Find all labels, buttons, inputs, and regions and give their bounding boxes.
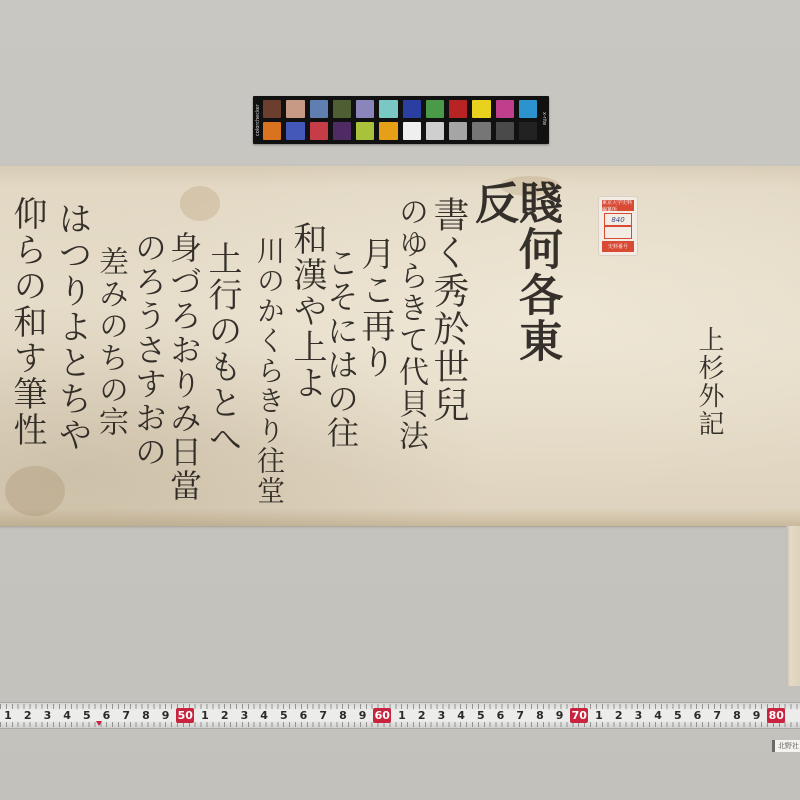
label-header: 東京大学史料編纂所	[602, 200, 634, 211]
ruler-label: 5	[671, 709, 685, 722]
ruler-label: 5	[277, 709, 291, 722]
x-rite-logo: x-rite	[539, 104, 547, 134]
document-column: 差みのちの宗	[95, 246, 125, 526]
color-swatch	[286, 122, 304, 140]
ruler-label: 3	[237, 709, 251, 722]
color-swatch	[333, 122, 351, 140]
color-swatch	[403, 100, 421, 118]
ruler-label: 4	[60, 709, 74, 722]
document-column: こそにはの往	[325, 246, 357, 516]
color-swatch	[333, 100, 351, 118]
ruler-label: 9	[356, 709, 370, 722]
ruler-label: 4	[651, 709, 665, 722]
ruler-label: 50	[176, 708, 194, 723]
color-swatch	[356, 122, 374, 140]
document-column: 賤何各東反	[470, 180, 558, 370]
color-checker-card: colorchecker x-rite	[253, 96, 549, 144]
ruler-label: 2	[21, 709, 35, 722]
color-swatch	[263, 100, 281, 118]
color-swatch	[263, 122, 281, 140]
color-swatch	[472, 122, 490, 140]
ruler-label: 5	[80, 709, 94, 722]
color-swatch	[286, 100, 304, 118]
signature: 上杉外記	[696, 326, 722, 466]
document-column: 仰らの和す筆性	[10, 196, 44, 516]
ruler-label: 3	[434, 709, 448, 722]
ruler-label: 6	[691, 709, 705, 722]
document-column: 和漢や上よ	[290, 221, 324, 511]
color-swatch	[379, 122, 397, 140]
color-swatch	[426, 122, 444, 140]
document-column: 月こ再り	[358, 236, 392, 516]
ruler-label: 3	[40, 709, 54, 722]
catalog-label: 東京大学史料編纂所 840 史料番号	[598, 196, 638, 256]
document-column: はつりよとちや	[55, 201, 89, 501]
ruler-label: 1	[592, 709, 606, 722]
color-swatch	[403, 122, 421, 140]
ruler-label: 7	[513, 709, 527, 722]
ruler-label: 1	[395, 709, 409, 722]
document-column: 書く秀於世兒	[430, 196, 466, 516]
paper-fragment-strip	[786, 526, 800, 686]
ruler-label: 7	[710, 709, 724, 722]
ruler-label: 2	[415, 709, 429, 722]
ruler-label: 4	[454, 709, 468, 722]
ruler-label: 2	[612, 709, 626, 722]
ruler-label: 9	[553, 709, 567, 722]
document-column: 身づろおりみ日當	[168, 231, 200, 521]
label-number: 840	[604, 213, 632, 226]
color-swatch	[472, 100, 490, 118]
color-swatch	[310, 122, 328, 140]
ruler-label: 70	[570, 708, 588, 723]
color-swatch	[449, 100, 467, 118]
color-swatch	[379, 100, 397, 118]
color-checker-brand: colorchecker	[255, 100, 263, 140]
ruler-label: 8	[730, 709, 744, 722]
ruler-label: 1	[1, 709, 15, 722]
ruler-label: 8	[139, 709, 153, 722]
ruler-label: 5	[474, 709, 488, 722]
color-swatch-grid	[263, 100, 537, 140]
measuring-ruler: 1234567895012345678960123456789701234567…	[0, 702, 800, 729]
document-column: のろうさすおの	[133, 231, 165, 521]
document-column: のゆらきて代貝法	[395, 196, 425, 516]
ruler-label: 6	[297, 709, 311, 722]
ruler-label: 6	[100, 709, 114, 722]
ruler-label: 7	[316, 709, 330, 722]
color-swatch	[310, 100, 328, 118]
ruler-label: 6	[494, 709, 508, 722]
color-swatch	[519, 100, 537, 118]
ruler-label: 7	[119, 709, 133, 722]
document-column: 土行のもとへ	[205, 241, 239, 521]
color-swatch	[449, 122, 467, 140]
color-swatch	[496, 100, 514, 118]
ruler-label: 3	[631, 709, 645, 722]
ruler-label: 9	[750, 709, 764, 722]
paper-stain	[180, 186, 220, 221]
color-swatch	[356, 100, 374, 118]
ruler-label: 1	[198, 709, 212, 722]
ruler-label: 8	[533, 709, 547, 722]
document-column: 川のかくらきり往堂	[255, 236, 283, 516]
ruler-ticks-bottom	[0, 722, 800, 727]
calligraphy-document: 賤何各東反 書く秀於世兒 のゆらきて代貝法 月こ再り こそにはの往 和漢や上よ …	[0, 166, 800, 526]
ruler-label: 60	[373, 708, 391, 723]
label-blank-field	[604, 226, 632, 239]
ruler-label: 8	[336, 709, 350, 722]
label-footer: 史料番号	[602, 241, 634, 252]
ruler-label: 4	[257, 709, 271, 722]
corner-tag: 北野社	[772, 740, 800, 752]
ruler-label: 80	[767, 708, 785, 723]
color-swatch	[426, 100, 444, 118]
ruler-label: 9	[159, 709, 173, 722]
color-swatch	[519, 122, 537, 140]
color-swatch	[496, 122, 514, 140]
ruler-label: 2	[218, 709, 232, 722]
